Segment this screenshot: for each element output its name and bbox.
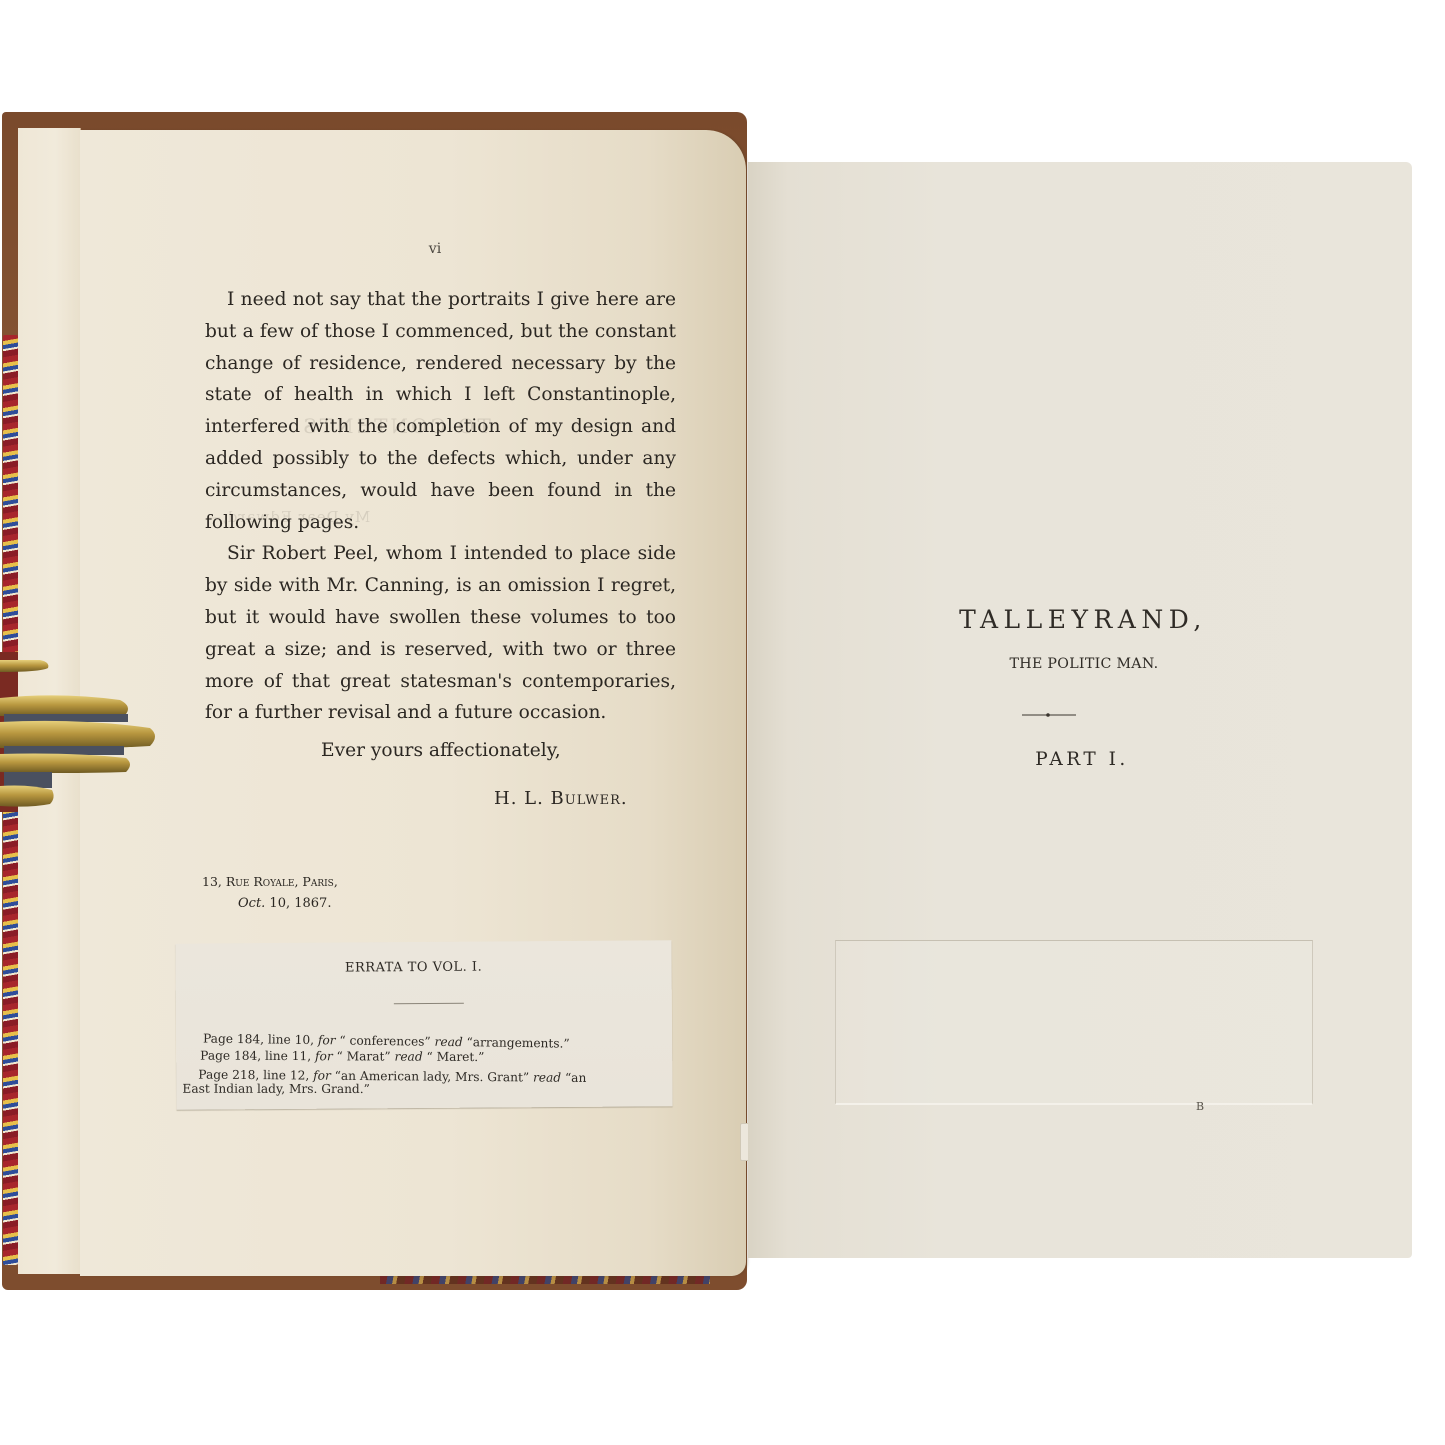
part-label: PART I. bbox=[748, 749, 1412, 770]
book-subtitle: THE POLITIC MAN. bbox=[748, 656, 1412, 672]
errata-slip: ERRATA TO VOL. I. Page 184, line 10, for… bbox=[175, 940, 672, 1109]
brass-hand-clip-icon bbox=[0, 652, 160, 812]
page-number: vi bbox=[420, 241, 450, 257]
errata-entry: Page 184, line 10, for “ conferences” re… bbox=[203, 1032, 570, 1051]
date-month: Oct. bbox=[238, 896, 265, 911]
paragraph: Sir Robert Peel, whom I intended to plac… bbox=[205, 538, 676, 729]
errata-entry-continuation: East Indian lady, Mrs. Grand.” bbox=[182, 1082, 369, 1096]
book-title: TALLEYRAND, bbox=[748, 605, 1412, 634]
date-rest: 10, 1867. bbox=[265, 896, 331, 911]
signature-mark: B bbox=[1196, 1100, 1204, 1113]
errata-entry: Page 184, line 11, for “ Marat” read “ M… bbox=[200, 1049, 484, 1064]
date-line: Oct. 10, 1867. bbox=[238, 896, 331, 911]
address-line: 13, Rue Royale, Paris, bbox=[202, 874, 338, 889]
preface-body: I need not say that the portraits I give… bbox=[205, 284, 676, 729]
paragraph: I need not say that the portraits I give… bbox=[205, 284, 676, 538]
letter-closing: Ever yours affectionately, bbox=[321, 740, 561, 761]
errata-divider bbox=[394, 1003, 464, 1004]
plate-mark bbox=[835, 940, 1313, 1105]
errata-title: ERRATA TO VOL. I. bbox=[176, 958, 672, 976]
author-signature: H. L. Bulwer. bbox=[494, 788, 628, 809]
rule-ornament-icon bbox=[1022, 712, 1076, 718]
